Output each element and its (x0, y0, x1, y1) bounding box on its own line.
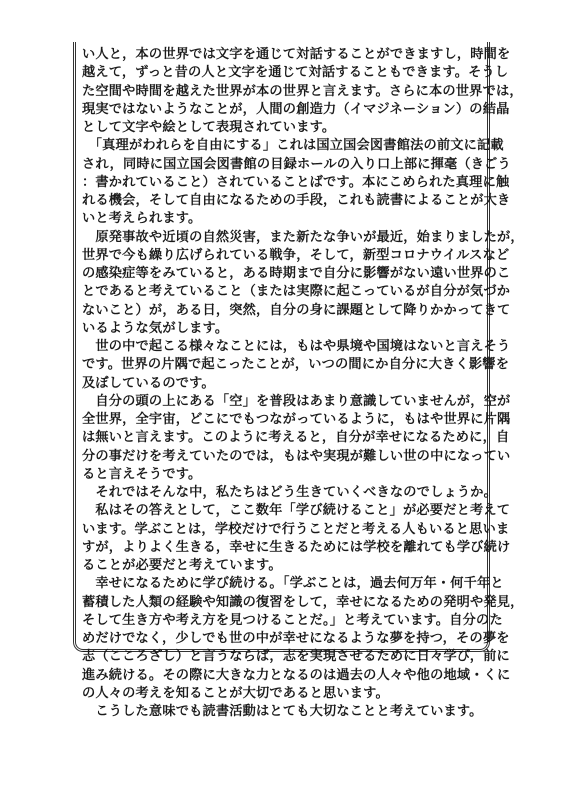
text-line: 私はその答えとして，ここ数年「学び続けること」が必要だと考えて (82, 502, 488, 520)
text-line: 蓄積した人類の経験や知識の復習をして，幸せになるための発明や発見， (82, 594, 488, 612)
text-line: めだけでなく，少しでも世の中が幸せになるような夢を持つ，その夢を (82, 630, 488, 648)
text-line: いるような気がします。 (82, 320, 488, 338)
text-line: ることが必要だと考えています。 (82, 557, 488, 575)
text-line: ると言えそうです。 (82, 466, 488, 484)
text-line: 進み続ける。その際に大きな力となるのは過去の人々や他の地域・くに (82, 667, 488, 685)
text-line: 世の中で起こる様々なことには，もはや県境や国境はないと言えそう (82, 338, 488, 356)
text-line: 分の事だけを考えていたのでは，もはや実現が難しい世の中になってい (82, 448, 488, 466)
text-line: すが，よりよく生きる，幸せに生きるためには学校を離れても学び続け (82, 539, 488, 557)
text-line: こうした意味でも読書活動はとても大切なことと考えています。 (82, 703, 488, 721)
text-line: い人と，本の世界では文字を通じて対話することができますし，時間を (82, 46, 488, 64)
text-line: 及ぼしているのです。 (82, 375, 488, 393)
text-line: 自分の頭の上にある「空」を普段はあまり意識していませんが，空が (82, 393, 488, 411)
text-line: の感染症等をみていると，ある時期まで自分に影響がない遠い世界のこ (82, 265, 488, 283)
text-line: 「真理がわれらを自由にする」これは国立国会図書館法の前文に記載 (82, 137, 488, 155)
text-line: そして生き方や考え方を見つけることだ。」と考えています。自分のた (82, 612, 488, 630)
text-line: た空間や時間を越えた世界が本の世界と言えます。さらに本の世界では， (82, 83, 488, 101)
text-line: 原発事故や近頃の自然災害，また新たな争いが最近，始まりましたが， (82, 229, 488, 247)
text-line: います。学ぶことは，学校だけで行うことだと考える人もいると思いま (82, 521, 488, 539)
document-body: い人と，本の世界では文字を通じて対話することができますし，時間を 越えて，ずっと… (82, 46, 488, 721)
text-line: 全世界，全宇宙，どこにでもつながっているように，もはや世界に片隅 (82, 411, 488, 429)
text-line: 幸せになるために学び続ける。「学ぶことは，過去何万年・何千年と (82, 575, 488, 593)
text-line: の人々の考えを知ることが大切であると思います。 (82, 685, 488, 703)
text-line: 現実ではないようなことが，人間の創造力（イマジネーション）の結晶 (82, 101, 488, 119)
text-line: 志（こころざし）と言うならば，志を実現させるために日々学び，前に (82, 648, 488, 666)
text-line: ：書かれていること）されていることばです。本にこめられた真理に触 (82, 174, 488, 192)
text-line: として文字や絵として表現されています。 (82, 119, 488, 137)
text-line: は無いと言えます。このように考えると，自分が幸せになるために，自 (82, 429, 488, 447)
text-line: いと考えられます。 (82, 210, 488, 228)
text-line: 世界で今も繰り広げられている戦争，そして，新型コロナウイルスなど (82, 247, 488, 265)
text-line: です。世界の片隅で起こったことが，いつの間にか自分に大きく影響を (82, 356, 488, 374)
text-line: それではそんな中，私たちはどう生きていくべきなのでしょうか。 (82, 484, 488, 502)
text-line: れる機会，そして自由になるための手段，これも読書によることが大き (82, 192, 488, 210)
text-line: とであると考えていること（または実際に起こっているが自分が気づか (82, 283, 488, 301)
text-line: 越えて，ずっと昔の人と文字を通じて対話することもできます。そうし (82, 64, 488, 82)
text-line: され，同時に国立国会図書館の目録ホールの入り口上部に揮毫（きごう (82, 156, 488, 174)
text-line: ないこと）が，ある日，突然，自分の身に課題として降りかかってきて (82, 302, 488, 320)
